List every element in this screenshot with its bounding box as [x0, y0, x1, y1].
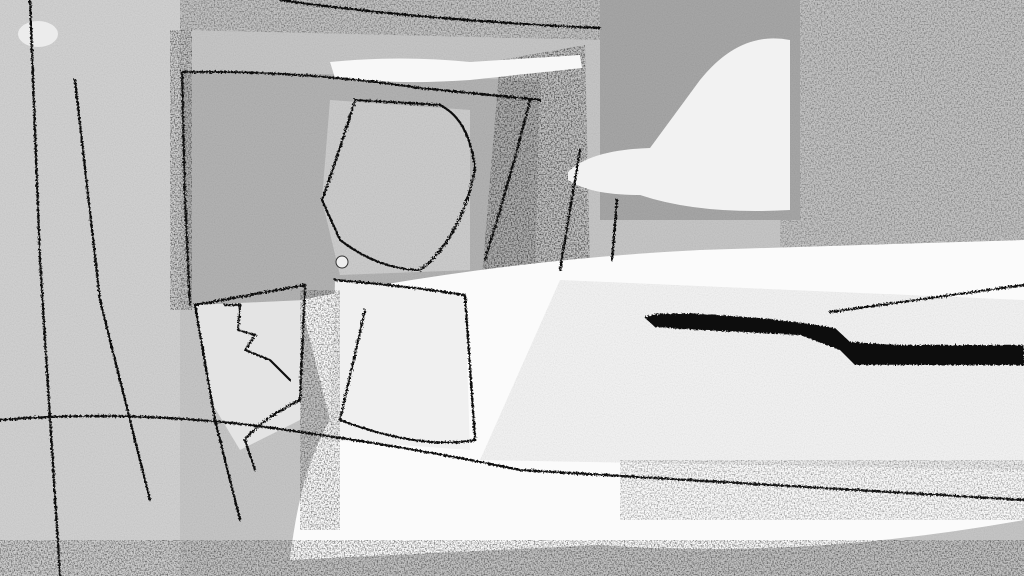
dotted-center-vertical	[300, 290, 340, 530]
dotted-right-lower	[620, 460, 1024, 520]
painting-canvas	[0, 0, 1024, 576]
right-dark-texture	[780, 0, 1024, 250]
dotted-bottom	[0, 540, 1024, 576]
small-circle	[336, 256, 348, 268]
inner-panel	[322, 100, 470, 275]
left-canvas-strip	[0, 0, 180, 576]
dotted-left-edge	[170, 30, 192, 310]
paint-drop	[18, 21, 58, 47]
white-paint-mid	[480, 280, 1024, 470]
abstract-painting	[0, 0, 1024, 576]
